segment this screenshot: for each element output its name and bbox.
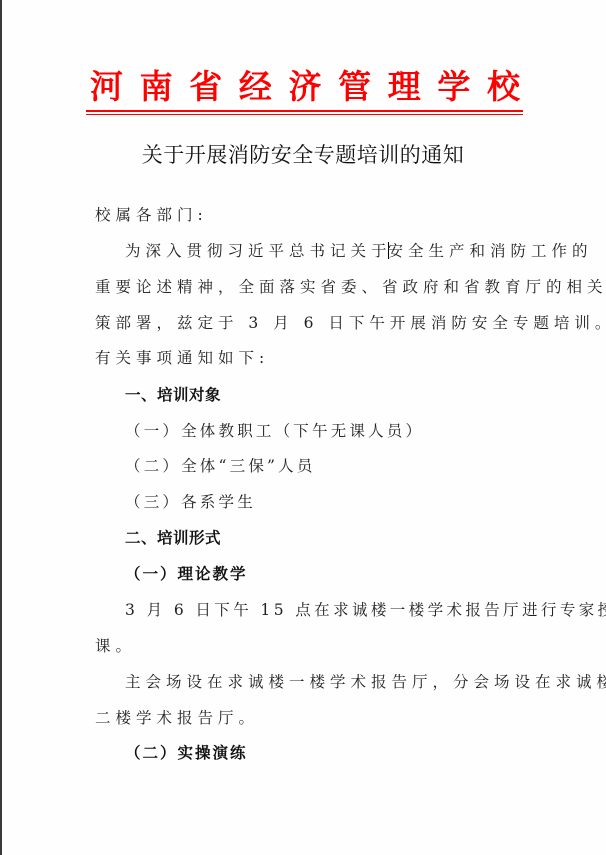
salutation: 校属各部门:	[95, 205, 517, 225]
subsection-heading-drill: （二）实操演练	[125, 743, 547, 763]
title-char: 经	[239, 66, 272, 108]
red-header-rule-thin	[86, 114, 523, 115]
intro-line-2: 重要论述精神，全面落实省委、省政府和省教育厅的相关决	[95, 277, 517, 297]
title-char: 省	[189, 66, 222, 108]
section-heading-training-format: 二、培训形式	[125, 528, 547, 548]
intro-line-3: 策部署，兹定于 3 月 6 日下午开展消防安全专题培训。现将	[95, 313, 517, 333]
target-item-2: （二）全体“三保”人员	[125, 456, 547, 476]
title-char: 校	[487, 66, 520, 108]
intro-line-4: 有关事项通知如下:	[95, 348, 517, 368]
red-header-rule-thick	[86, 110, 523, 112]
title-char: 理	[388, 66, 421, 108]
title-char: 南	[140, 66, 173, 108]
venue-line-2: 二楼学术报告厅。	[95, 708, 517, 728]
title-char: 管	[338, 66, 371, 108]
subsection-heading-theory: （一）理论教学	[125, 564, 547, 584]
section-heading-training-targets: 一、培训对象	[125, 385, 547, 405]
title-char: 学	[437, 66, 470, 108]
theory-line-1: 3 月 6 日下午 15 点在求诚楼一楼学术报告厅进行专家授	[125, 600, 547, 620]
school-name-title: 河 南 省 经 济 管 理 学 校	[86, 66, 524, 108]
target-item-3: （三）各系学生	[125, 492, 547, 512]
title-char: 河	[90, 66, 123, 108]
title-char: 济	[289, 66, 322, 108]
notice-title: 关于开展消防安全专题培训的通知	[0, 140, 606, 170]
intro-text-before-cursor: 为深入贯彻习近平总书记关于	[125, 242, 392, 260]
intro-line-1: 为深入贯彻习近平总书记关于安全生产和消防工作的	[125, 241, 547, 261]
venue-line-1: 主会场设在求诚楼一楼学术报告厅，分会场设在求诚楼	[125, 672, 547, 692]
theory-line-2: 课。	[95, 636, 517, 656]
intro-text-after-cursor: 安全生产和消防工作的	[388, 242, 593, 260]
target-item-1: （一）全体教职工（下午无课人员）	[125, 421, 547, 441]
